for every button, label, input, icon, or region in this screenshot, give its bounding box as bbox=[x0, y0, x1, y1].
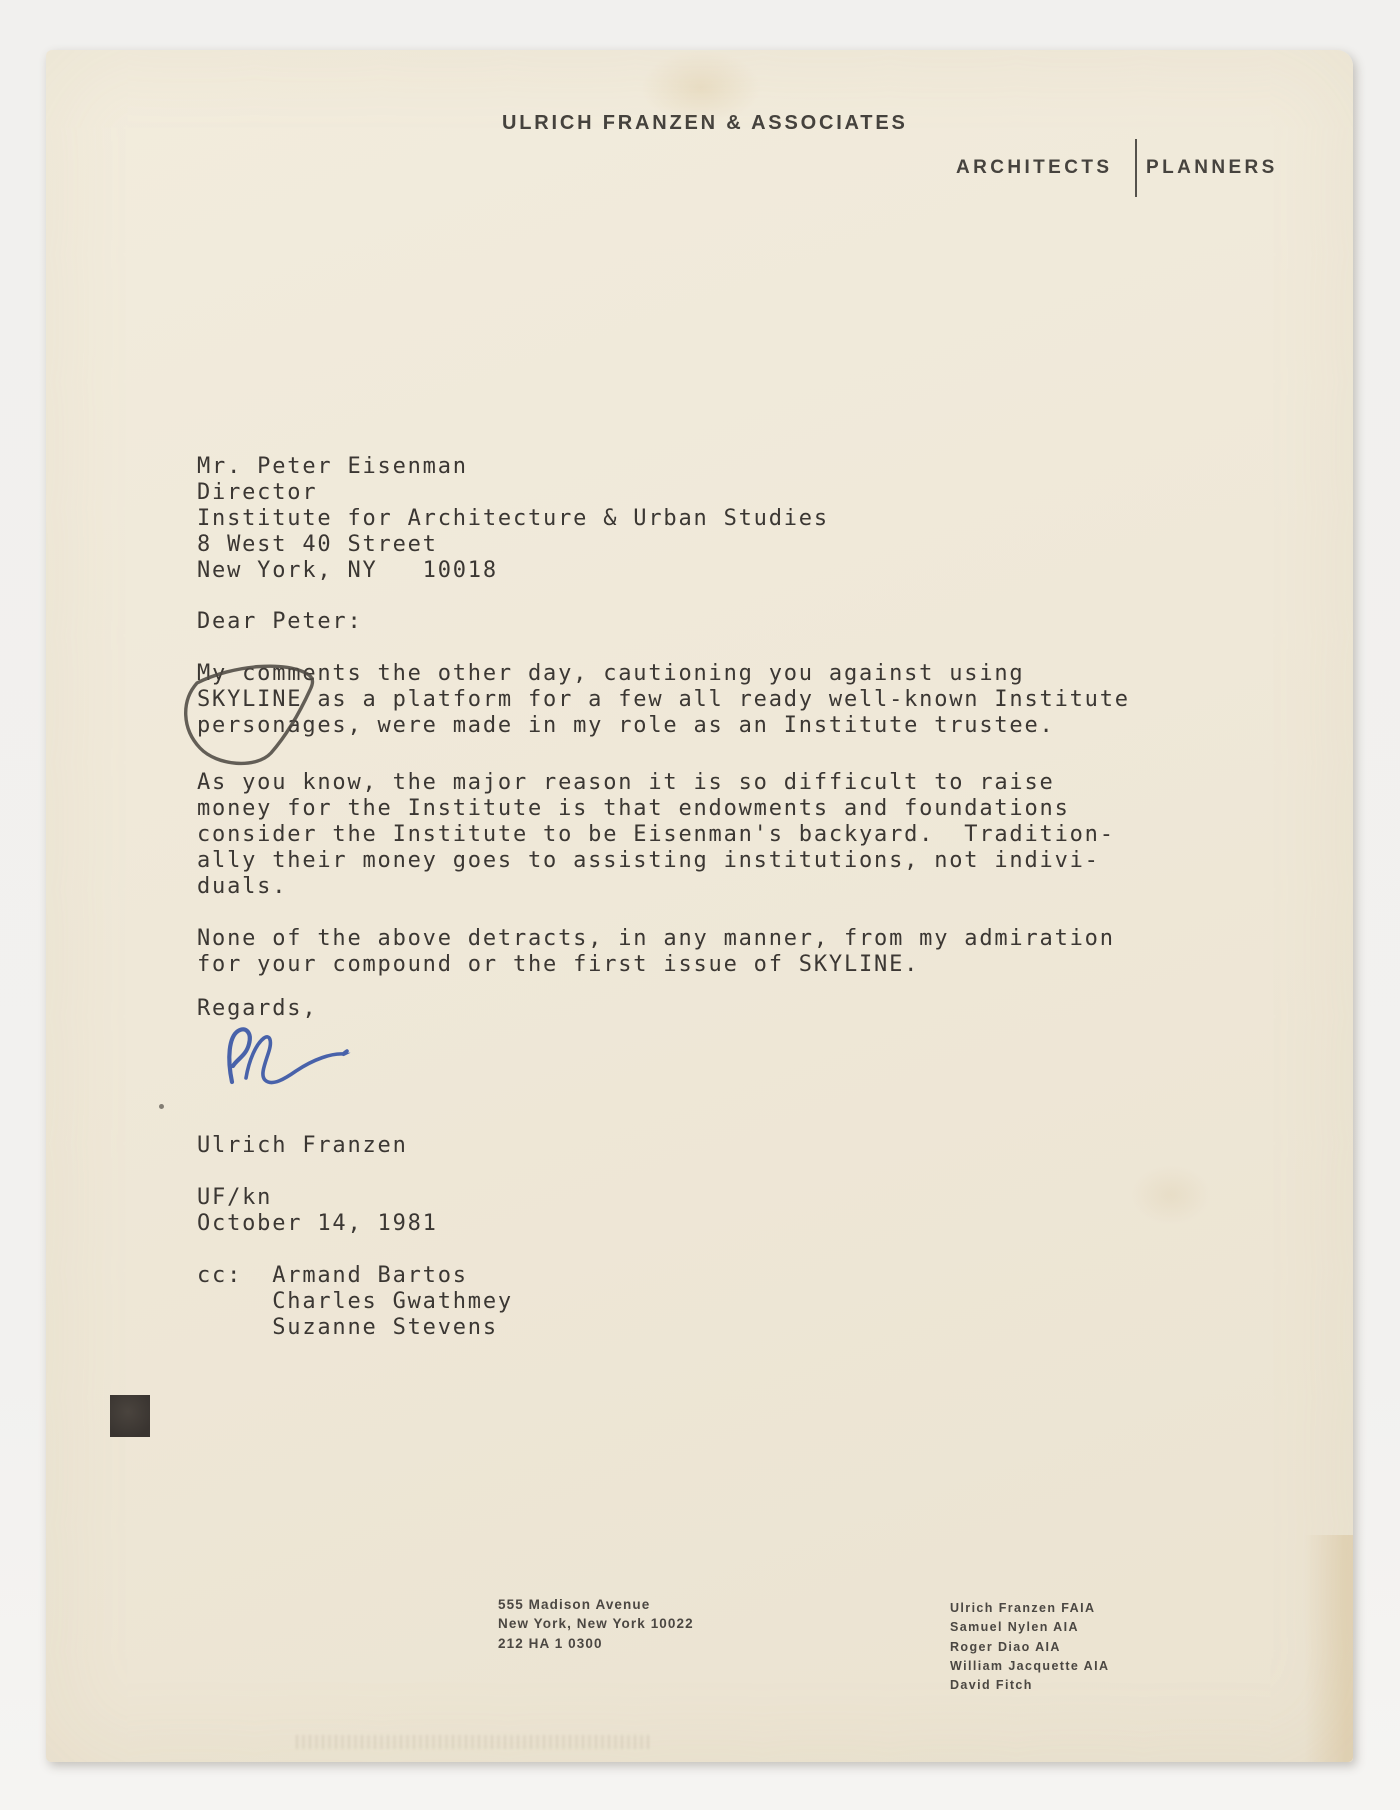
closing-line: Regards, bbox=[197, 996, 317, 1022]
body-paragraph-3: None of the above detracts, in any manne… bbox=[197, 926, 1115, 978]
show-through-text-smudge bbox=[296, 1735, 651, 1749]
body-paragraph-1: My comments the other day, cautioning yo… bbox=[197, 661, 1130, 739]
paper-stain-bottom-right-edge bbox=[1304, 1535, 1353, 1762]
footer-principals-list: Ulrich Franzen FAIA Samuel Nylen AIA Rog… bbox=[950, 1599, 1109, 1695]
footer-office-address: 555 Madison Avenue New York, New York 10… bbox=[498, 1595, 694, 1653]
letterhead-divider-rule bbox=[1135, 139, 1137, 197]
signer-typed-name: Ulrich Franzen bbox=[197, 1133, 408, 1159]
black-square-mark bbox=[110, 1395, 150, 1437]
letter-page: ULRICH FRANZEN & ASSOCIATES ARCHITECTS P… bbox=[46, 50, 1353, 1762]
pencil-dot-mark bbox=[159, 1104, 164, 1109]
reference-and-date-block: UF/kn October 14, 1981 bbox=[197, 1185, 438, 1237]
body-paragraph-2: As you know, the major reason it is so d… bbox=[197, 770, 1115, 900]
letterhead-planners-label: PLANNERS bbox=[1146, 157, 1278, 179]
letterhead-firm-name: ULRICH FRANZEN & ASSOCIATES bbox=[502, 112, 908, 135]
salutation: Dear Peter: bbox=[197, 609, 363, 635]
scanned-letter-screenshot: { "letterhead": { "firm_name": "ULRICH F… bbox=[0, 0, 1400, 1810]
cc-list-block: cc: Armand Bartos Charles Gwathmey Suzan… bbox=[197, 1263, 513, 1341]
signature-ink-scribble bbox=[229, 1029, 347, 1082]
letterhead-architects-label: ARCHITECTS bbox=[956, 157, 1112, 179]
recipient-address-block: Mr. Peter Eisenman Director Institute fo… bbox=[197, 454, 829, 584]
paper-stain-right bbox=[1131, 1165, 1211, 1225]
handwritten-annotations-layer bbox=[46, 50, 1353, 1762]
